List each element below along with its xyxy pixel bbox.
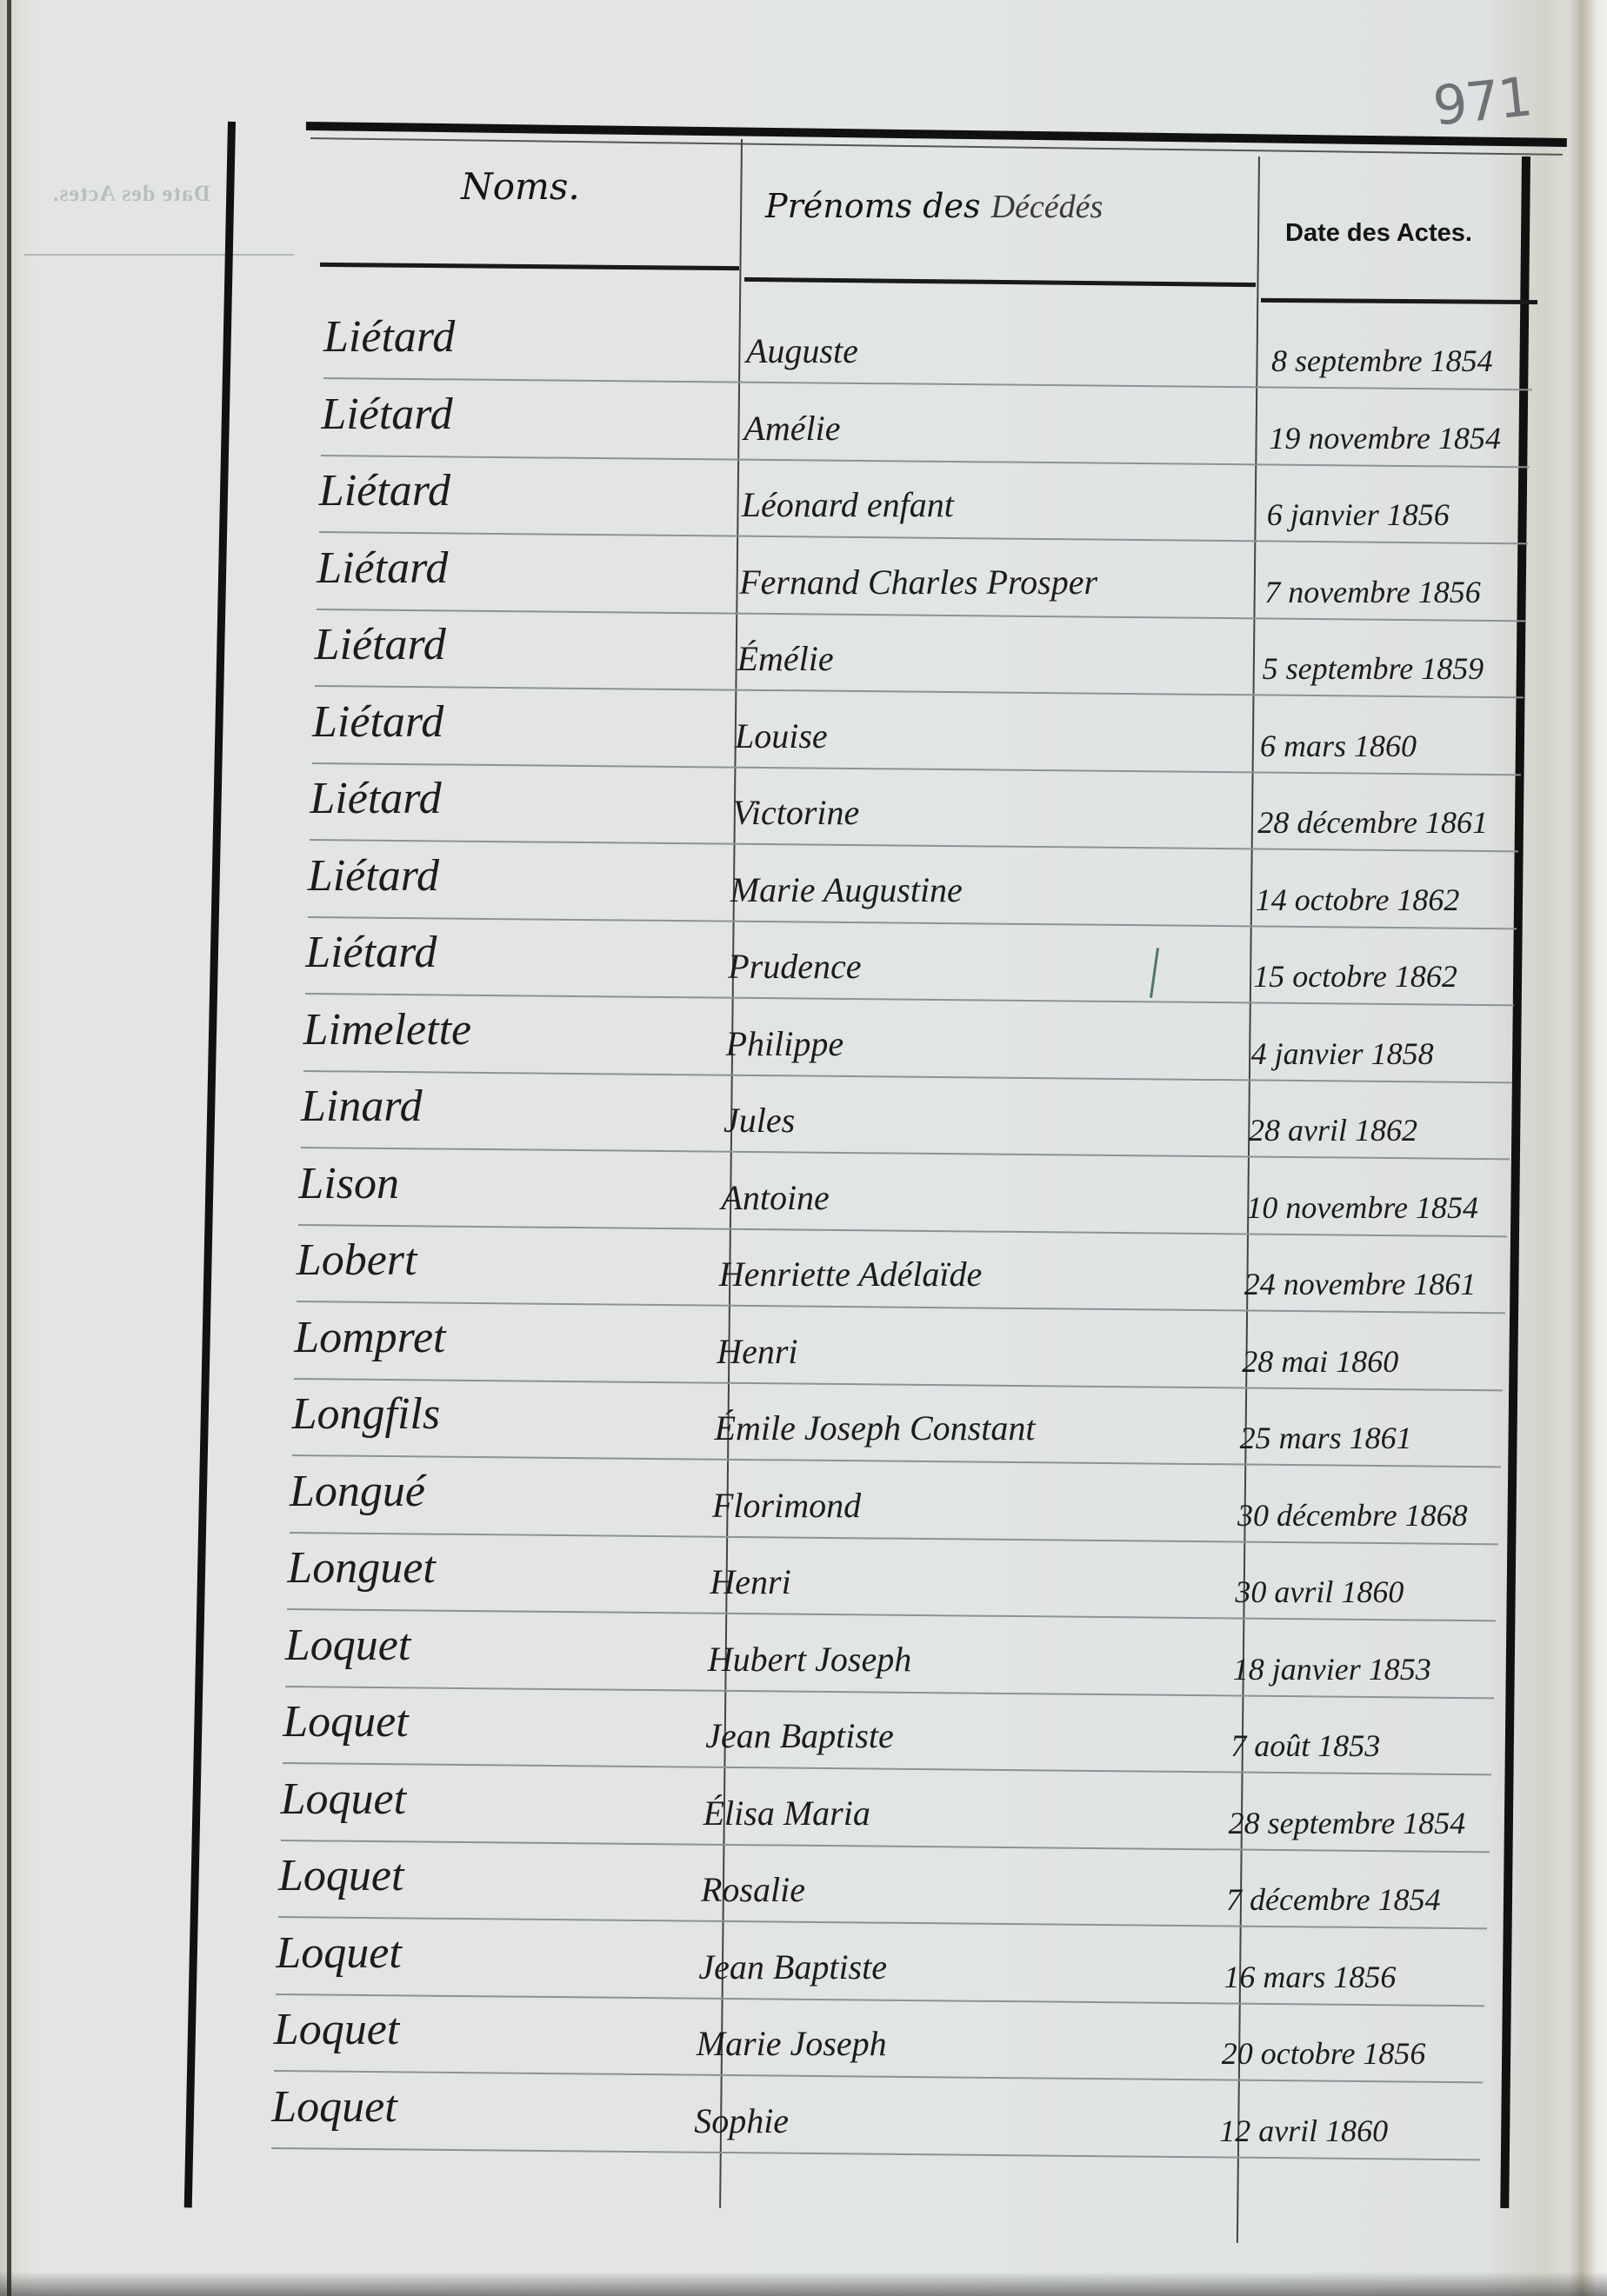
cell-prenoms: Louise (735, 715, 828, 756)
cell-date: 30 avril 1860 (1235, 1574, 1404, 1610)
cell-prenoms: Sophie (694, 2100, 789, 2141)
cell-nom: Loquet (281, 1774, 406, 1825)
binding-edge (7, 0, 11, 2296)
register-page: Date des Actes. 971 Noms. Prénoms des Dé… (0, 0, 1607, 2296)
cell-date: 8 septembre 1854 (1271, 343, 1493, 379)
cell-date: 12 avril 1860 (1219, 2113, 1388, 2149)
cell-date: 28 septembre 1854 (1229, 1805, 1466, 1841)
cell-date: 10 novembre 1854 (1246, 1189, 1478, 1226)
cell-prenoms: Victorine (732, 792, 859, 833)
cell-date: 7 décembre 1854 (1226, 1881, 1441, 1918)
cell-prenoms: Henri (717, 1331, 797, 1372)
cell-prenoms: Prudence (728, 946, 861, 987)
cell-nom: Lompret (294, 1312, 445, 1363)
cell-date: 6 janvier 1856 (1267, 496, 1450, 533)
cell-nom: Loquet (283, 1696, 408, 1747)
cell-date: 7 août 1853 (1230, 1727, 1380, 1764)
cell-nom: Liétard (308, 850, 439, 902)
scan-bottom-shadow (0, 2272, 1607, 2296)
frame-right-border (1500, 156, 1530, 2208)
cell-prenoms: Henri (710, 1561, 790, 1602)
cell-nom: Linard (301, 1081, 423, 1132)
cell-nom: Liétard (310, 773, 441, 824)
column-header-date: Date des Actes. (1285, 219, 1472, 248)
column-header-prenoms-printed: Prénoms des (765, 187, 981, 225)
cell-date: 16 mars 1856 (1224, 1959, 1396, 1995)
cell-nom: Longué (290, 1466, 425, 1517)
cell-nom: Liétard (305, 927, 437, 978)
cell-nom: Lobert (297, 1235, 417, 1286)
cell-date: 5 septembre 1859 (1263, 650, 1484, 687)
cell-date: 25 mars 1861 (1240, 1420, 1412, 1456)
column-header-prenoms: Prénoms des Décédés (765, 187, 1103, 226)
cell-prenoms: Philippe (726, 1023, 844, 1064)
cell-prenoms: Marie Joseph (697, 2023, 887, 2064)
cell-date: 7 novembre 1856 (1264, 574, 1481, 610)
column-header-prenoms-handwritten: Décédés (991, 189, 1104, 225)
cell-prenoms: Florimond (712, 1485, 861, 1526)
cell-prenoms: Antoine (721, 1177, 829, 1218)
cell-nom: Loquet (285, 1620, 410, 1671)
cell-nom: Loquet (274, 2004, 399, 2055)
bleed-through-text: Date des Actes. (52, 181, 210, 207)
cell-date: 18 janvier 1853 (1233, 1651, 1431, 1687)
cell-prenoms: Marie Augustine (730, 869, 963, 910)
cell-prenoms: Amélie (743, 408, 840, 449)
cell-prenoms: Élisa Maria (703, 1793, 870, 1833)
cell-nom: Longuet (287, 1542, 435, 1594)
cell-date: 28 décembre 1861 (1257, 804, 1488, 841)
cell-date: 19 novembre 1854 (1269, 420, 1501, 456)
cell-date: 28 mai 1860 (1242, 1343, 1398, 1380)
cell-nom: Loquet (276, 1927, 401, 1979)
cell-date: 4 janvier 1858 (1251, 1035, 1434, 1072)
cell-prenoms: Jean Baptiste (698, 1947, 887, 1987)
cell-date: 6 mars 1860 (1260, 728, 1417, 764)
cell-prenoms: Jules (723, 1100, 795, 1141)
cell-prenoms: Émélie (737, 638, 834, 679)
cell-prenoms: Hubert Joseph (708, 1639, 911, 1680)
cell-nom: Liétard (323, 311, 455, 363)
cell-prenoms: Émile Joseph Constant (715, 1408, 1036, 1448)
cell-nom: Liétard (319, 465, 450, 516)
column-header-noms: Noms. (461, 165, 580, 208)
cell-nom: Longfils (292, 1388, 441, 1440)
cell-nom: Liétard (317, 542, 448, 594)
cell-nom: Liétard (321, 389, 452, 440)
cell-prenoms: Léonard enfant (742, 484, 954, 525)
cell-prenoms: Fernand Charles Prosper (739, 562, 1097, 602)
cell-date: 15 octobre 1862 (1253, 958, 1457, 995)
cell-nom: Lison (298, 1158, 399, 1209)
cell-prenoms: Rosalie (701, 1869, 805, 1910)
cell-prenoms: Jean Baptiste (705, 1715, 894, 1756)
cell-date: 30 décembre 1868 (1237, 1497, 1468, 1534)
cell-nom: Loquet (271, 2081, 397, 2133)
page-right-edge (1581, 0, 1607, 2296)
cell-prenoms: Henriette Adélaïde (719, 1254, 983, 1294)
cell-prenoms: Auguste (746, 330, 858, 371)
cell-nom: Loquet (278, 1850, 403, 1901)
frame-top-border (306, 122, 1567, 147)
cell-date: 14 octobre 1862 (1256, 882, 1460, 918)
cell-nom: Liétard (312, 696, 443, 748)
frame-left-border (184, 122, 236, 2208)
page-edge-shadow (1569, 0, 1581, 2296)
cell-date: 24 novembre 1861 (1244, 1266, 1477, 1302)
cell-nom: Limelette (303, 1004, 472, 1055)
cell-nom: Liétard (315, 619, 446, 670)
cell-date: 20 octobre 1856 (1222, 2035, 1426, 2072)
cell-date: 28 avril 1862 (1249, 1112, 1417, 1148)
